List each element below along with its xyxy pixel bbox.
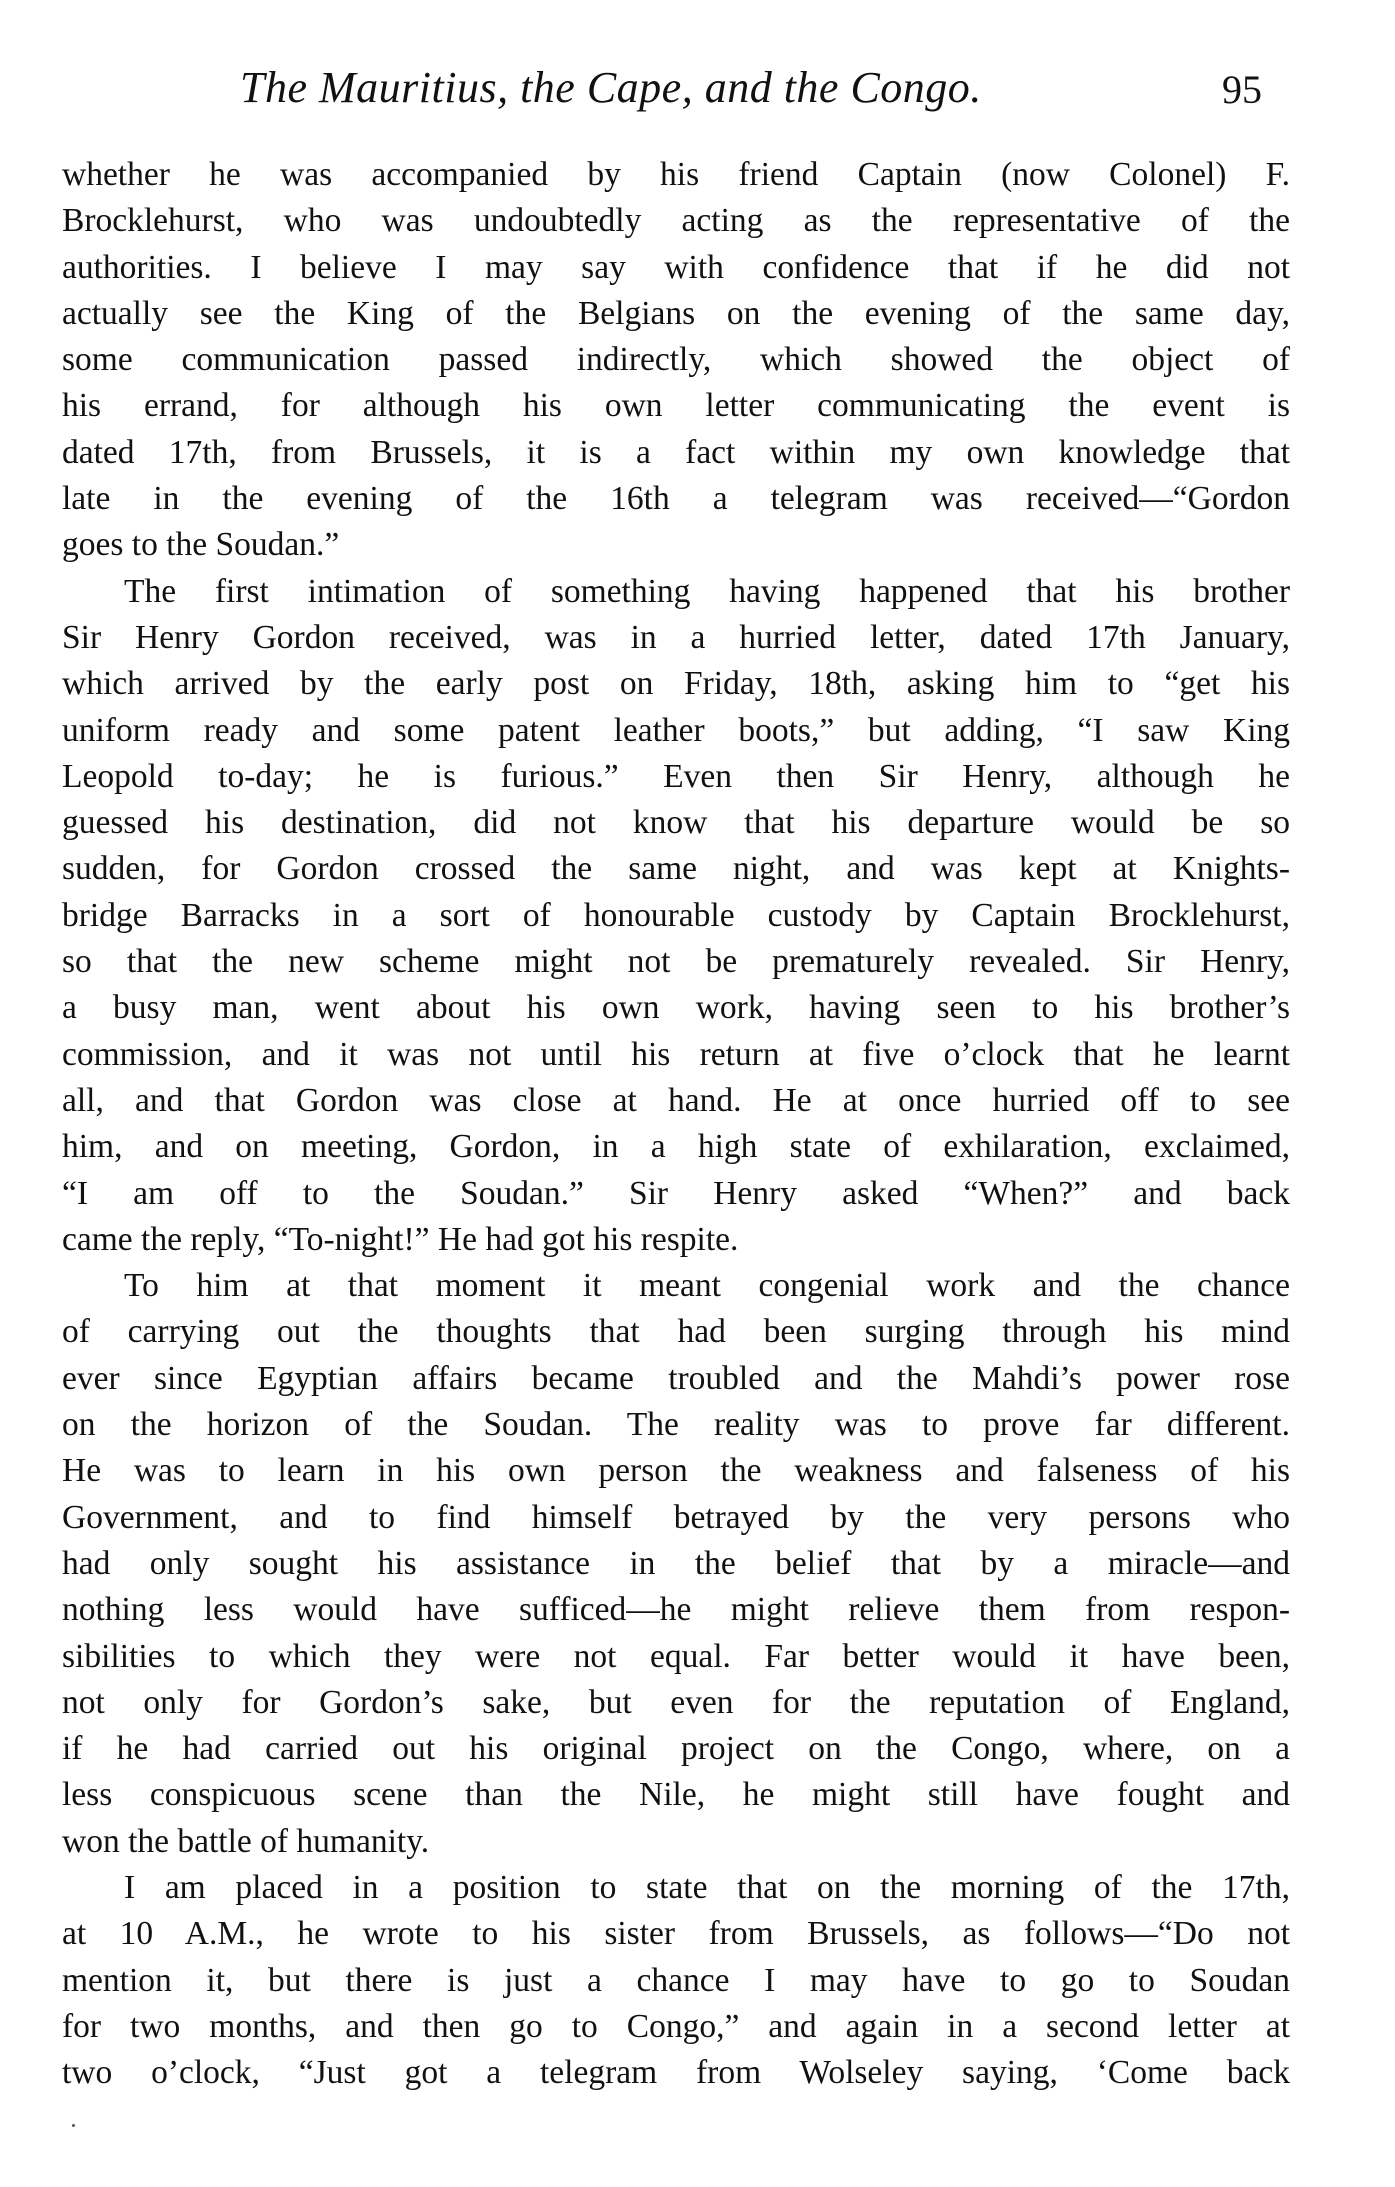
text-line: Leopold to-day; he is furious.” Even the… bbox=[62, 754, 1290, 800]
text-line: him, and on meeting, Gordon, in a high s… bbox=[62, 1124, 1290, 1170]
text-line: guessed his destination, did not know th… bbox=[62, 800, 1290, 846]
text-line: at 10 A.M., he wrote to his sister from … bbox=[62, 1911, 1290, 1957]
scan-speck bbox=[72, 2124, 75, 2127]
text-line: mention it, but there is just a chance I… bbox=[62, 1958, 1290, 2004]
text-line: He was to learn in his own person the we… bbox=[62, 1448, 1290, 1494]
text-line: not only for Gordon’s sake, but even for… bbox=[62, 1680, 1290, 1726]
text-line: uniform ready and some patent leather bo… bbox=[62, 708, 1290, 754]
text-line: so that the new scheme might not be prem… bbox=[62, 939, 1290, 985]
text-line: on the horizon of the Soudan. The realit… bbox=[62, 1402, 1290, 1448]
text-line: sibilities to which they were not equal.… bbox=[62, 1634, 1290, 1680]
text-line: whether he was accompanied by his friend… bbox=[62, 152, 1290, 198]
text-line: won the battle of humanity. bbox=[62, 1819, 1290, 1865]
text-line: ever since Egyptian affairs became troub… bbox=[62, 1356, 1290, 1402]
text-line: commission, and it was not until his ret… bbox=[62, 1032, 1290, 1078]
text-line: less conspicuous scene than the Nile, he… bbox=[62, 1772, 1290, 1818]
book-page: The Mauritius, the Cape, and the Congo. … bbox=[0, 0, 1395, 2187]
text-line: all, and that Gordon was close at hand. … bbox=[62, 1078, 1290, 1124]
text-line: Government, and to find himself betrayed… bbox=[62, 1495, 1290, 1541]
text-line: his errand, for although his own letter … bbox=[62, 383, 1290, 429]
running-head: The Mauritius, the Cape, and the Congo. … bbox=[60, 58, 1290, 118]
paragraph: To him at that moment it meant congenial… bbox=[62, 1263, 1290, 1865]
text-line: actually see the King of the Belgians on… bbox=[62, 291, 1290, 337]
text-line: if he had carried out his original proje… bbox=[62, 1726, 1290, 1772]
text-line: some communication passed indirectly, wh… bbox=[62, 337, 1290, 383]
running-title: The Mauritius, the Cape, and the Congo. bbox=[240, 58, 982, 118]
text-line: dated 17th, from Brussels, it is a fact … bbox=[62, 430, 1290, 476]
text-line: of carrying out the thoughts that had be… bbox=[62, 1309, 1290, 1355]
text-line: goes to the Soudan.” bbox=[62, 522, 1290, 568]
text-line: The first intimation of something having… bbox=[62, 569, 1290, 615]
text-line: came the reply, “To-night!” He had got h… bbox=[62, 1217, 1290, 1263]
text-line: I am placed in a position to state that … bbox=[62, 1865, 1290, 1911]
text-line: two o’clock, “Just got a telegram from W… bbox=[62, 2050, 1290, 2096]
text-line: a busy man, went about his own work, hav… bbox=[62, 985, 1290, 1031]
paragraph: whether he was accompanied by his friend… bbox=[62, 152, 1290, 569]
body-text: whether he was accompanied by his friend… bbox=[62, 152, 1290, 2096]
paragraph: I am placed in a position to state that … bbox=[62, 1865, 1290, 2096]
text-line: bridge Barracks in a sort of honourable … bbox=[62, 893, 1290, 939]
text-line: late in the evening of the 16th a telegr… bbox=[62, 476, 1290, 522]
text-line: Sir Henry Gordon received, was in a hurr… bbox=[62, 615, 1290, 661]
text-line: To him at that moment it meant congenial… bbox=[62, 1263, 1290, 1309]
text-line: nothing less would have sufficed—he migh… bbox=[62, 1587, 1290, 1633]
page-number: 95 bbox=[1222, 60, 1262, 120]
text-line: which arrived by the early post on Frida… bbox=[62, 661, 1290, 707]
text-line: for two months, and then go to Congo,” a… bbox=[62, 2004, 1290, 2050]
text-line: authorities. I believe I may say with co… bbox=[62, 245, 1290, 291]
text-line: had only sought his assistance in the be… bbox=[62, 1541, 1290, 1587]
text-line: “I am off to the Soudan.” Sir Henry aske… bbox=[62, 1171, 1290, 1217]
text-line: sudden, for Gordon crossed the same nigh… bbox=[62, 846, 1290, 892]
paragraph: The first intimation of something having… bbox=[62, 569, 1290, 1263]
text-line: Brocklehurst, who was undoubtedly acting… bbox=[62, 198, 1290, 244]
